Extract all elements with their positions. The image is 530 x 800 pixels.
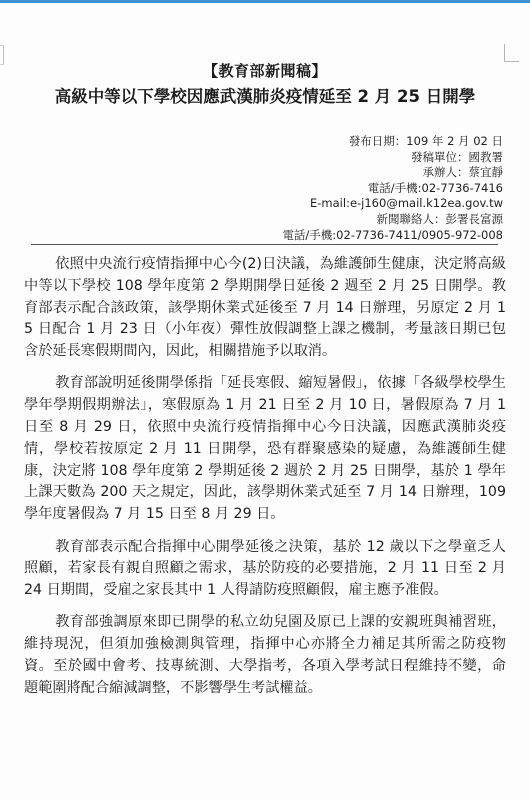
press-contact: 新聞聯絡人：彭署長富源: [282, 212, 503, 228]
issuing-unit: 發稿單位：國教署: [282, 150, 503, 166]
paragraph: 依照中央流行疫情指揮中心今(2)日決議，為維護師生健康，決定將高級中等以下學校 …: [24, 254, 506, 363]
paragraph: 教育部表示配合指揮中心開學延後之決策，基於 12 歲以下之學童乏人照顧，若家長有…: [24, 537, 506, 602]
handler-phone: 電話/手機:02-7736-7416: [282, 181, 503, 197]
header-divider: [31, 244, 498, 245]
handler: 承辦人：蔡宜靜: [282, 165, 503, 181]
press-contact-phone: 電話/手機:02-7736-7411/0905-972-008: [282, 228, 503, 244]
paragraph: 教育部說明延後開學係指「延長寒假、縮短暑假」，依據「各級學校學生學年學期假期辦法…: [24, 373, 506, 526]
press-release-label: 【教育部新聞稿】: [0, 60, 530, 82]
top-accent-bar: [0, 0, 530, 3]
document-title: 高級中等以下學校因應武漢肺炎疫情延至 2 月 25 日開學: [0, 84, 530, 110]
document-header: 【教育部新聞稿】 高級中等以下學校因應武漢肺炎疫情延至 2 月 25 日開學: [0, 60, 530, 110]
document-body: 依照中央流行疫情指揮中心今(2)日決議，為維護師生健康，決定將高級中等以下學校 …: [24, 254, 506, 710]
contact-block: 發布日期：109 年 2 月 02 日 發稿單位：國教署 承辦人：蔡宜靜 電話/…: [282, 134, 503, 243]
handler-email: E-mail:e-j160@mail.k12ea.gov.tw: [282, 196, 503, 212]
paragraph: 教育部強調原來即已開學的私立幼兒園及原已上課的安親班與補習班，維持現況，但須加強…: [24, 612, 506, 699]
release-date: 發布日期：109 年 2 月 02 日: [282, 134, 503, 150]
